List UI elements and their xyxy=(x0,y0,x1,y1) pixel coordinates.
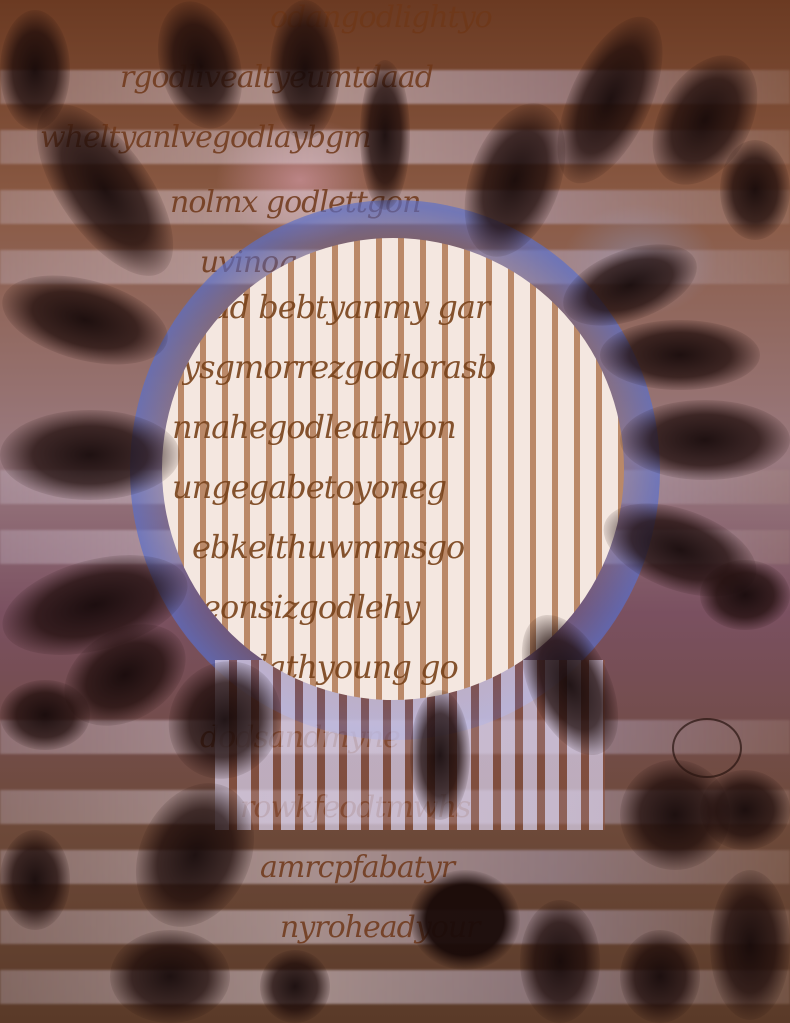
dark-smudge xyxy=(0,10,70,130)
dark-smudge xyxy=(600,320,760,390)
circle-outline xyxy=(672,718,742,778)
dark-smudge xyxy=(720,140,790,240)
dark-smudge xyxy=(0,410,180,500)
script-line: gad bebtyanmy gar xyxy=(192,288,624,326)
dark-smudge xyxy=(270,0,340,140)
dark-smudge xyxy=(410,690,470,820)
dark-smudge xyxy=(700,560,790,630)
script-line: ungegabetoyoneg xyxy=(172,468,624,506)
dark-smudge xyxy=(0,830,70,930)
dark-smudge xyxy=(710,870,790,1020)
dark-smudge xyxy=(110,930,230,1023)
painting: odangodlightyo rgodlivealtyeumtdaad whel… xyxy=(0,0,790,1023)
dark-smudge xyxy=(260,950,330,1023)
dark-smudge xyxy=(145,0,256,138)
script-line: ebkelthuwmmsgo xyxy=(192,528,624,566)
dark-smudge xyxy=(620,400,790,480)
dark-smudge xyxy=(620,930,700,1023)
dark-smudge xyxy=(520,900,600,1023)
script-line: nnahegodleathyon xyxy=(172,408,624,446)
dark-disc xyxy=(410,870,520,970)
script-line: ysgmorrezgodlorasb xyxy=(182,348,624,386)
dark-smudge xyxy=(700,770,790,850)
dark-smudge xyxy=(360,60,410,210)
script-line: odangodlightyo xyxy=(270,0,790,35)
